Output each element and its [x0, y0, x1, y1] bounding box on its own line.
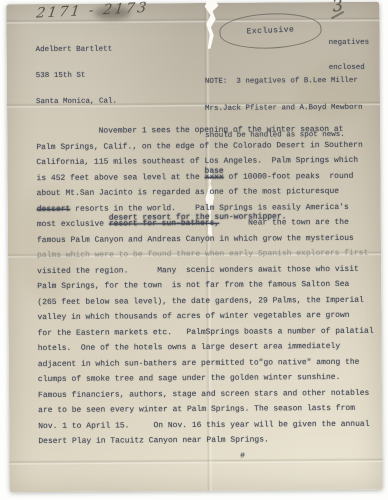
- typed-line: valley in which thousands of acres of wi…: [37, 308, 381, 326]
- enclosed-word-1: negatives: [329, 38, 370, 47]
- typed-line: clumps of smoke tree and sage under the …: [38, 370, 382, 388]
- typed-line: November 1 sees the opening of the winte…: [36, 122, 380, 140]
- sender-street: 538 15th St: [36, 72, 117, 81]
- sender-name: Adelbert Bartlett: [36, 46, 117, 55]
- scan-background: 2171 - 2173 Adelbert Bartlett 538 15th S…: [0, 0, 388, 500]
- letter-paper: 2171 - 2173 Adelbert Bartlett 538 15th S…: [6, 2, 382, 493]
- note-line-2: Mrs.Jack Pfister and A.Boyd Mewborn: [205, 104, 363, 114]
- typed-line: hotels. One of the hotels owns a large d…: [38, 339, 382, 357]
- sender-address-block: Adelbert Bartlett 538 15th St Santa Moni…: [35, 29, 117, 124]
- typed-insertion: base: [204, 163, 223, 179]
- typed-line: Nov. 1 to April 15. On Nov. 16 this year…: [38, 416, 382, 434]
- exclusive-stamp-label: Exclusive: [246, 25, 294, 36]
- body-text: November 1 sees the opening of the winte…: [36, 122, 382, 465]
- note-line-1: NOTE: 3 negatives of B.Lee Miller: [205, 77, 363, 87]
- typed-line: Palm Springs, for the town is not far fr…: [37, 277, 381, 295]
- typed-line: palms which were to be found there when …: [37, 246, 381, 264]
- typed-line: #: [38, 447, 382, 465]
- sender-city: Santa Monica, Cal.: [36, 97, 117, 106]
- typed-line: most exclusive resort for sun-bathers,de…: [37, 215, 381, 233]
- typed-line: are to be seen every winter at Palm Spri…: [38, 401, 382, 419]
- typed-insertion: desert resort for the sun-worshipper.: [109, 209, 287, 226]
- handwritten-count: 3: [332, 1, 344, 11]
- typed-line: about Mt.San Jacinto is regarded as one …: [37, 184, 381, 202]
